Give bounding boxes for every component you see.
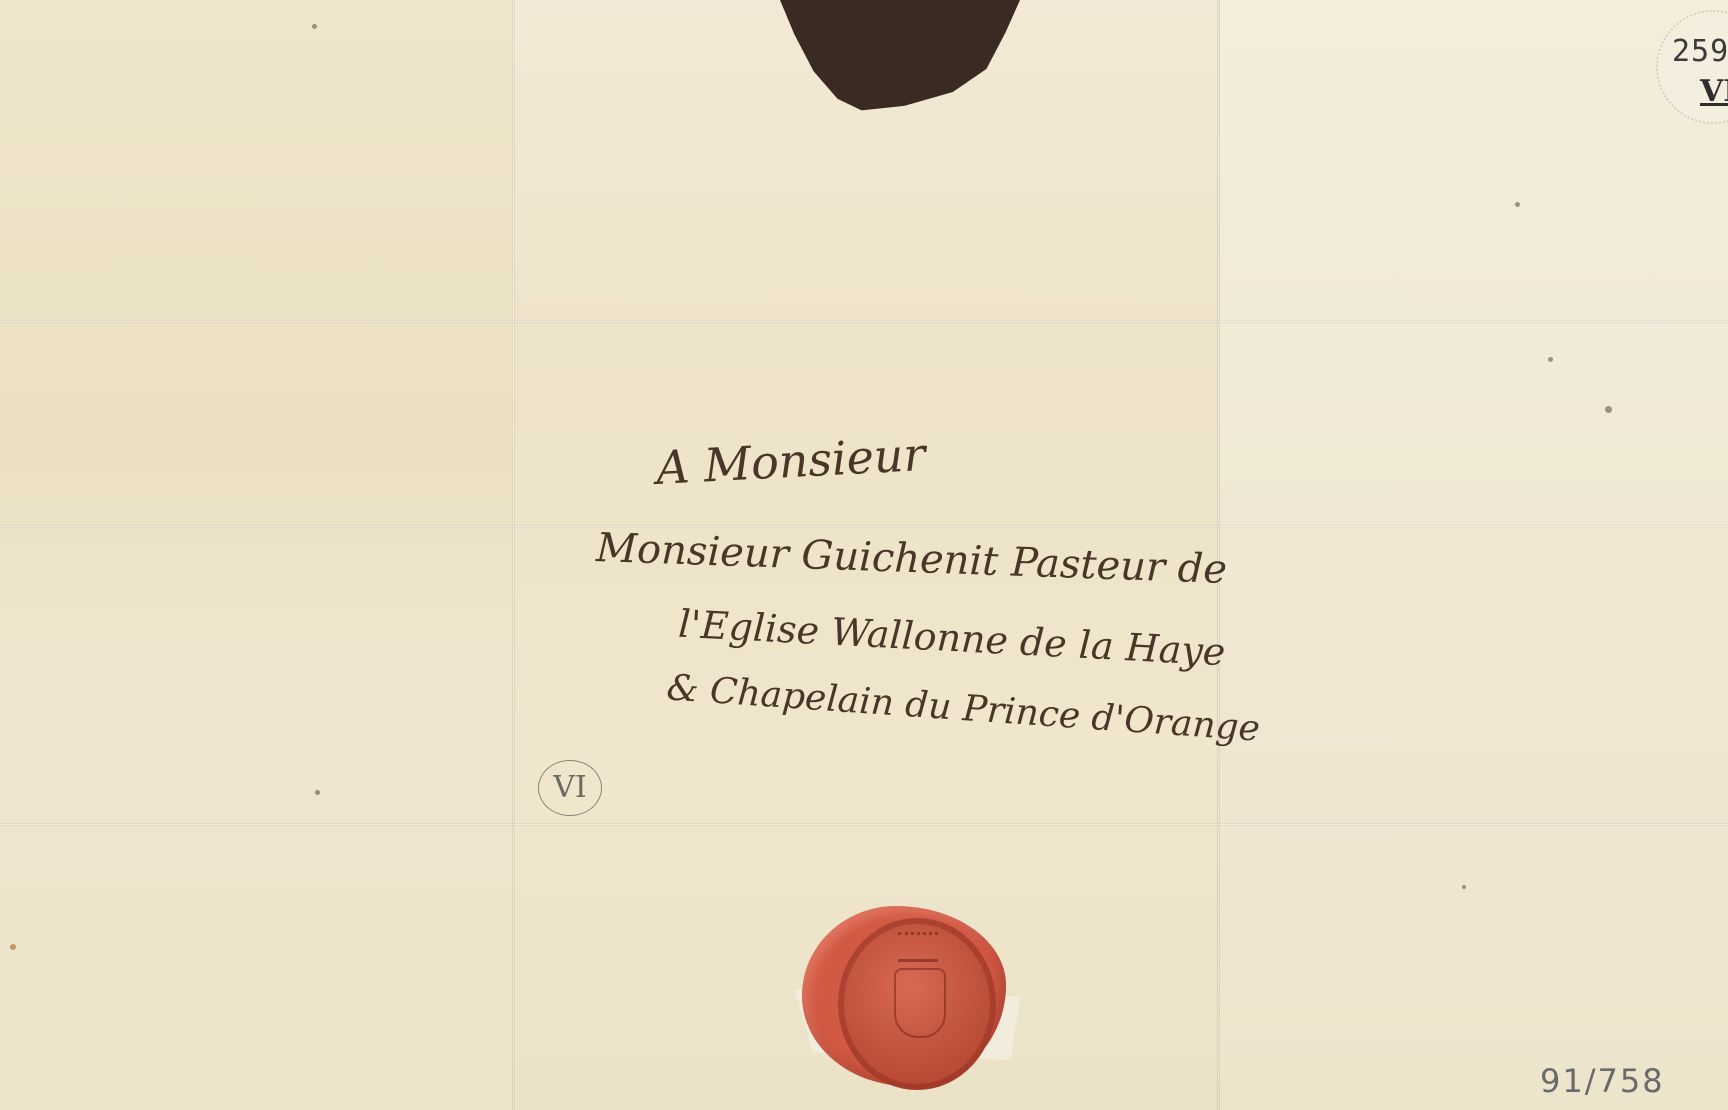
vertical-fold-left — [512, 0, 515, 1110]
foxing-spot — [312, 24, 317, 29]
horizontal-fold-lower — [0, 823, 1728, 826]
foxing-spot — [1515, 202, 1520, 207]
seal-crown-icon — [898, 932, 938, 962]
foxing-spot — [315, 790, 320, 795]
foxing-spot — [10, 944, 16, 950]
wax-seal — [802, 898, 1010, 1094]
foxing-spot — [1605, 406, 1612, 413]
archive-label-number: 259 — [1672, 34, 1728, 69]
archive-label-roman: VI — [1700, 74, 1728, 109]
horizontal-fold-middle — [0, 525, 1728, 528]
foxing-spot — [1548, 357, 1553, 362]
left-panel — [0, 0, 512, 1110]
right-panel — [1220, 0, 1728, 1110]
catalog-number: 91/758 — [1540, 1062, 1665, 1100]
seal-crest-icon — [894, 968, 946, 1038]
letter-sheet: 259 VI A Monsieur Monsieur Guichenit Pas… — [0, 0, 1728, 1110]
horizontal-fold-upper — [0, 320, 1728, 323]
pencil-roman-stamp: VI — [538, 760, 602, 816]
foxing-spot — [1462, 885, 1466, 889]
